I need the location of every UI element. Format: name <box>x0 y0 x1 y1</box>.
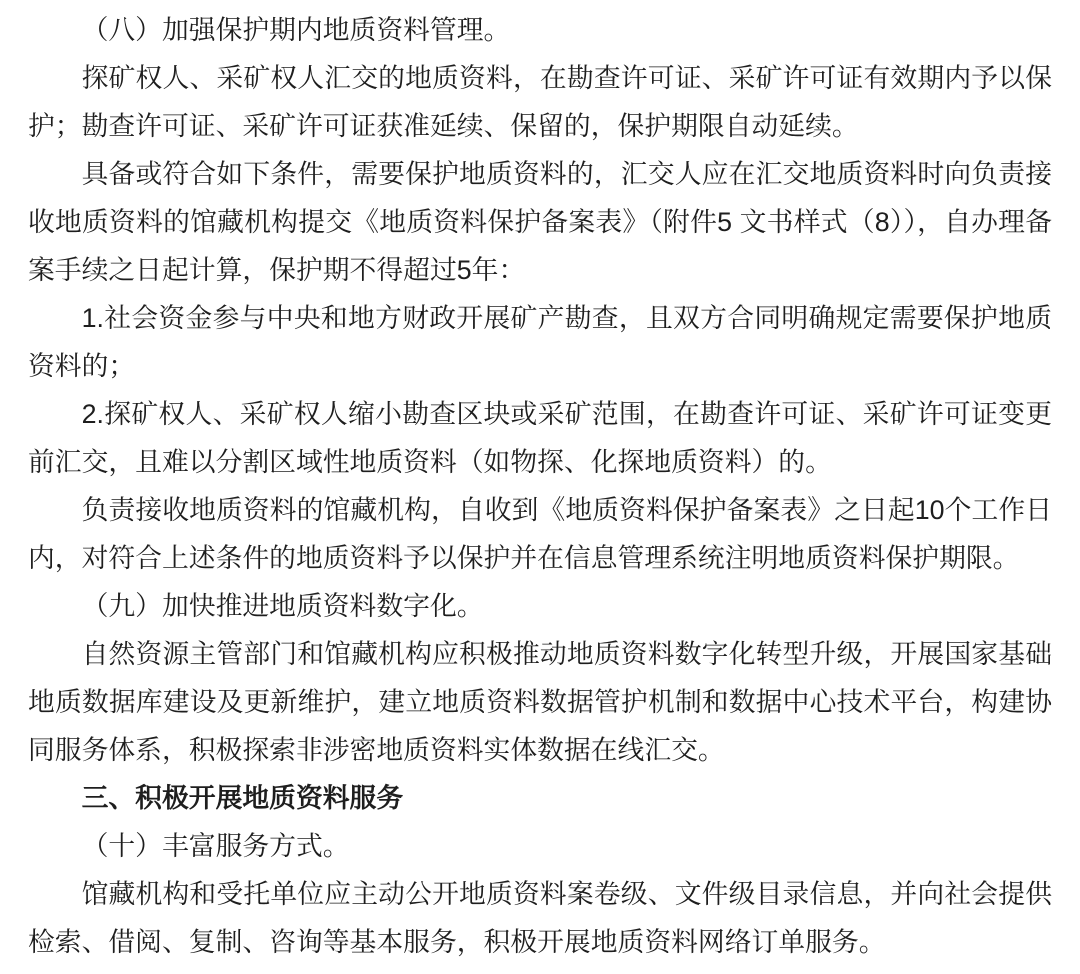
paragraph-service-methods: 馆藏机构和受托单位应主动公开地质资料案卷级、文件级目录信息，并向社会提供检索、借… <box>28 870 1052 966</box>
paragraph-item-9-heading: （九）加快推进地质资料数字化。 <box>28 582 1052 630</box>
paragraph-condition-2: 2.探矿权人、采矿权人缩小勘查区块或采矿范围，在勘查许可证、采矿许可证变更前汇交… <box>28 390 1052 486</box>
paragraph-filing-conditions: 具备或符合如下条件，需要保护地质资料的，汇交人应在汇交地质资料时向负责接收地质资… <box>28 150 1052 294</box>
section-heading-3: 三、积极开展地质资料服务 <box>28 774 1052 822</box>
paragraph-archive-agency-duty: 负责接收地质资料的馆藏机构，自收到《地质资料保护备案表》之日起10个工作日内，对… <box>28 486 1052 582</box>
paragraph-item-10-heading: （十）丰富服务方式。 <box>28 822 1052 870</box>
paragraph-condition-1: 1.社会资金参与中央和地方财政开展矿产勘查，且双方合同明确规定需要保护地质资料的… <box>28 294 1052 390</box>
document-page: （八）加强保护期内地质资料管理。 探矿权人、采矿权人汇交的地质资料，在勘查许可证… <box>0 0 1080 974</box>
paragraph-digitalization: 自然资源主管部门和馆藏机构应积极推动地质资料数字化转型升级，开展国家基础地质数据… <box>28 630 1052 774</box>
paragraph-item-8-heading: （八）加强保护期内地质资料管理。 <box>28 6 1052 54</box>
paragraph-protection-validity: 探矿权人、采矿权人汇交的地质资料，在勘查许可证、采矿许可证有效期内予以保护；勘查… <box>28 54 1052 150</box>
